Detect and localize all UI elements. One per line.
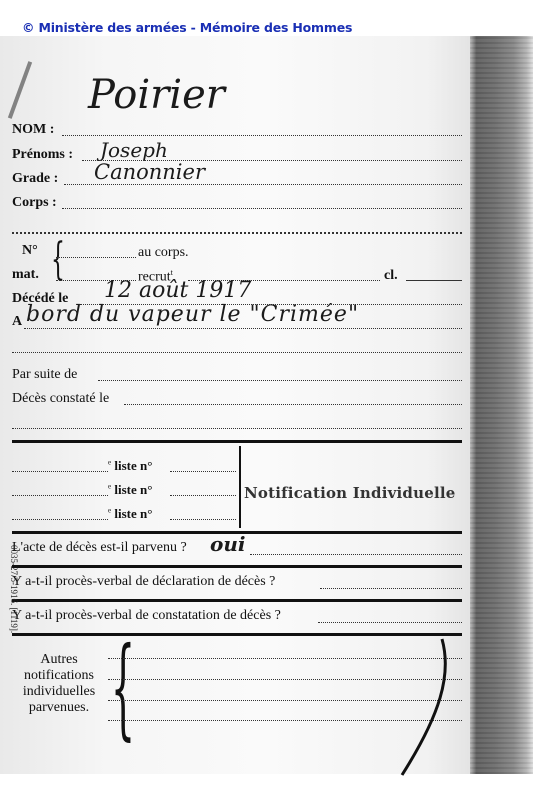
no-label: N° [22, 243, 38, 259]
liste-prefix-line-2 [12, 495, 108, 496]
section-rule-4 [12, 599, 462, 602]
autres-label: Autres notifications individuelles parve… [14, 652, 104, 716]
liste-prefix-line-1 [12, 471, 108, 472]
nom-label: NOM : [12, 122, 54, 138]
notification-stamp: Notification Individuelle [244, 484, 456, 502]
a-value: bord du vapeur le "Crimée" [26, 302, 359, 327]
a-line-2 [12, 352, 462, 353]
notification-divider [239, 446, 241, 528]
deces-constate-line-2 [12, 428, 462, 429]
grade-line [64, 184, 462, 185]
pen-stroke-mark [400, 635, 460, 780]
watermark: © Ministère des armées - Mémoire des Hom… [22, 20, 352, 35]
cl-label: cl. [384, 268, 398, 284]
card-edge-shadow [470, 36, 533, 774]
cl-line [406, 280, 462, 281]
liste-value-line-1 [170, 471, 236, 472]
pv-constatation-label: Y a-t-il procès-verbal de constatation d… [12, 608, 281, 624]
a-line [24, 328, 462, 329]
mat-label: mat. [12, 267, 39, 283]
liste-row-1: e liste n° [108, 458, 152, 474]
nom-value: Poirier [88, 72, 225, 118]
decede-value: 12 août 1917 [104, 278, 251, 303]
autres-brace: { [111, 632, 136, 742]
liste-row-2: e liste n° [108, 482, 152, 498]
grade-value: Canonnier [94, 160, 205, 184]
par-suite-label: Par suite de [12, 367, 77, 383]
corps-line-2 [12, 232, 462, 234]
a-label: A [12, 314, 22, 330]
pv-declaration-line [320, 588, 462, 589]
liste-value-line-3 [170, 519, 236, 520]
au-corps-line [56, 257, 136, 258]
liste-prefix-line-3 [12, 519, 108, 520]
au-corps-label: au corps. [138, 245, 189, 261]
corps-label: Corps : [12, 195, 57, 211]
pv-declaration-label: Y a-t-il procès-verbal de déclaration de… [12, 574, 275, 590]
printer-code: 0035-27/5-1916. [1119]. [9, 545, 19, 665]
corps-line [62, 208, 462, 209]
section-rule-5 [12, 633, 462, 636]
liste-value-line-2 [170, 495, 236, 496]
deces-constate-label: Décès constaté le [12, 391, 109, 407]
section-rule-1 [12, 440, 462, 443]
grade-label: Grade : [12, 171, 58, 187]
pv-constatation-line [318, 622, 462, 623]
section-rule-3 [12, 565, 462, 568]
prenoms-label: Prénoms : [12, 147, 73, 163]
acte-line [250, 554, 462, 555]
deces-constate-line [124, 404, 462, 405]
prenoms-value: Joseph [100, 138, 168, 162]
nom-line [62, 135, 462, 136]
liste-row-3: e liste n° [108, 506, 152, 522]
acte-value: oui [210, 532, 245, 556]
par-suite-line [98, 380, 462, 381]
matricule-brace: { [51, 238, 65, 282]
acte-label: L'acte de décès est-il parvenu ? [12, 540, 187, 556]
